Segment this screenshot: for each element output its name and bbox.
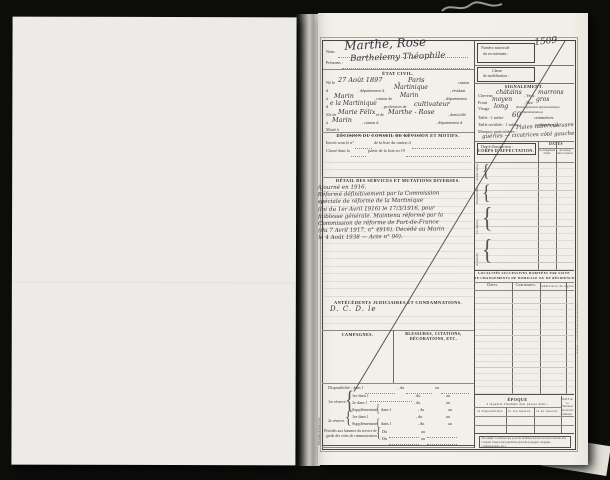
suppl-label: Supplémentaire bbox=[352, 408, 378, 412]
canton-label: canton bbox=[458, 81, 469, 85]
au-label: au bbox=[421, 430, 425, 434]
table-vline bbox=[506, 407, 507, 433]
scanned-register-photo: Nom : Marthe, Rose Prénoms : Barthelemy … bbox=[0, 0, 610, 480]
row-line bbox=[474, 65, 574, 66]
au-label: au bbox=[448, 422, 452, 426]
firstnames-label: Prénoms : bbox=[326, 61, 343, 65]
height-label: Taille : 1 mètre bbox=[478, 116, 503, 120]
du-label: , du bbox=[418, 422, 424, 426]
father-value: Marie Félix bbox=[338, 109, 375, 116]
au-label: au bbox=[435, 386, 439, 390]
table-bottom-line bbox=[474, 433, 574, 434]
profession-value: cultivateur bbox=[414, 101, 450, 108]
page-stack-edge bbox=[294, 14, 320, 466]
epoque-col-dispo: la disponibilité. bbox=[475, 410, 506, 413]
localites-title-1: LOCALITÉS SUCCESSIVES HABITÉES PAR SUITE bbox=[474, 272, 574, 275]
garde-label-2: garde des voies de communication. bbox=[326, 435, 378, 439]
localites-col-subdivision: Subdivision de région. bbox=[540, 285, 566, 288]
rule bbox=[389, 433, 419, 438]
localites-title-2: DE CHANGEMENTS DE DOMICILE OU DE RÉSIDEN… bbox=[474, 277, 574, 280]
epoque-col-r2: la 2e réserve. bbox=[534, 410, 561, 413]
du-label: , du bbox=[414, 401, 420, 405]
canton-d-label: , canton d. bbox=[362, 121, 379, 125]
epoque-col-r1: la 1re réserve. bbox=[506, 410, 534, 413]
hw-line: le 4 Août 1938 — Acte n° 90). bbox=[318, 233, 474, 242]
domiciled-label: , domicilié bbox=[448, 113, 466, 117]
canton-value: Marin bbox=[400, 93, 418, 99]
classe-label-1: Classe bbox=[492, 70, 502, 74]
ruled-lines bbox=[475, 291, 574, 394]
dates-subheader-1: du changement d'arme bbox=[539, 149, 556, 155]
top-page-sliver-mark bbox=[440, 1, 504, 14]
brace: { bbox=[376, 403, 380, 414]
bottom-double-line bbox=[322, 447, 474, 448]
brace: { bbox=[482, 236, 493, 265]
du-label: Du bbox=[382, 430, 387, 434]
epoque-subtitle: à laquelle l'homme doit passer dans : bbox=[474, 403, 561, 406]
group-1re-reserve: 1re réserve. bbox=[476, 208, 479, 234]
hair-label: Cheveux bbox=[478, 94, 493, 98]
birth-place-value: Paris bbox=[408, 77, 424, 84]
brace: { bbox=[376, 426, 381, 440]
row-line bbox=[474, 425, 574, 426]
residence-value: Marin bbox=[334, 93, 354, 100]
decision-title: DÉCISION DU CONSEIL DE RÉVISION ET MOTIF… bbox=[322, 134, 474, 138]
nose-value: gros bbox=[536, 97, 549, 103]
brace: { bbox=[345, 410, 352, 428]
reserve2-label: 2e réserve. bbox=[328, 419, 345, 423]
domicile-value: Marin bbox=[332, 117, 352, 124]
liberation-date-header: DATE de la libération du service militai… bbox=[562, 398, 574, 416]
name-label: Nom : bbox=[326, 50, 337, 54]
rule bbox=[427, 433, 457, 438]
au-label: au bbox=[446, 415, 450, 419]
corps-title: CORPS D'AFFECTATION. bbox=[474, 149, 538, 153]
du-label: , du bbox=[398, 386, 404, 390]
ruled-lines bbox=[324, 155, 472, 177]
section-line bbox=[323, 69, 474, 70]
matricule-label-1: Numéro matricule bbox=[481, 47, 509, 51]
rule bbox=[365, 389, 395, 394]
resident-label: , résidant bbox=[450, 89, 465, 93]
localites-col-dates: Dates. bbox=[474, 284, 512, 288]
left-blank-page bbox=[11, 17, 296, 466]
group-armee-active: Armée active. bbox=[476, 165, 479, 181]
printer-imprint: Imp. administrative. bbox=[576, 163, 579, 353]
page-crease bbox=[12, 282, 296, 283]
du-label: Du bbox=[382, 437, 387, 441]
suppl-label: Supplémentaire bbox=[352, 422, 378, 426]
blessures-title-2: DÉCORATIONS, ETC. bbox=[393, 337, 474, 341]
departement2-value: e la Martinique bbox=[330, 101, 377, 107]
departement-value: Martinique bbox=[394, 85, 428, 91]
au-label: au bbox=[446, 401, 450, 405]
record-sheet: Nom : Marthe, Rose Prénoms : Barthelemy … bbox=[318, 13, 588, 465]
row-line bbox=[474, 83, 574, 84]
reserve1-label: 1re réserve. bbox=[328, 400, 347, 404]
periode-row-label: 1re dans l bbox=[352, 394, 368, 398]
face-value: long bbox=[494, 103, 508, 110]
section-line bbox=[322, 383, 474, 384]
au-label: au bbox=[448, 408, 452, 412]
au-label: au bbox=[421, 437, 425, 441]
classe-label-2: de mobilisation : bbox=[483, 75, 509, 79]
field-label: d bbox=[326, 105, 328, 109]
field-label: à bbox=[326, 121, 328, 125]
classed-label: Classé dans la bbox=[326, 149, 350, 153]
periodes-margin-label: Périodes d'exercices bbox=[318, 387, 321, 445]
du-label: , du bbox=[414, 394, 420, 398]
born-label: Né le bbox=[326, 81, 335, 85]
list-canton-label: de la liste du canton d bbox=[374, 141, 411, 145]
periode-row-label: 2e dans l bbox=[352, 401, 367, 405]
list-part-label: partie de la liste en 19 bbox=[368, 149, 405, 153]
height-unit-label: centimètres. bbox=[534, 116, 554, 120]
forehead-label: Front bbox=[478, 101, 487, 105]
campagnes-title: CAMPAGNES. bbox=[322, 333, 393, 337]
dans-label: dans l bbox=[381, 408, 391, 412]
epoque-footnote: Ne remplir ce tableau que pour les homme… bbox=[479, 436, 571, 448]
dates-subheader-2: de passage dans la réserve bbox=[557, 149, 574, 155]
header-line bbox=[474, 407, 561, 408]
bottom-double-line bbox=[322, 445, 474, 446]
header-line bbox=[474, 282, 574, 283]
birth-date-value: 27 Août 1897 bbox=[338, 77, 382, 84]
brace: { bbox=[482, 204, 493, 233]
table-vline bbox=[534, 407, 535, 433]
table-bottom-line bbox=[474, 394, 574, 395]
au-label: au bbox=[446, 394, 450, 398]
blessures-title-1: BLESSURES, CITATIONS, bbox=[393, 332, 474, 336]
du-label: , du bbox=[418, 408, 424, 412]
dans-label: dans l bbox=[381, 422, 391, 426]
rule bbox=[412, 144, 470, 149]
field-label: à bbox=[326, 97, 328, 101]
face-label: Visage bbox=[478, 107, 489, 111]
departement-label: , département d. bbox=[358, 89, 385, 93]
inscribed-label: Inscrit sous le n° bbox=[326, 141, 354, 145]
brace: { bbox=[482, 181, 491, 203]
row-line bbox=[474, 416, 574, 417]
departement-d-label: , département d. bbox=[436, 121, 463, 125]
du-label: , du bbox=[416, 415, 422, 419]
services-handwriting: Ajourné en 1916. Réformé définitivement … bbox=[318, 182, 475, 242]
matricule-label-2: du recrutement : bbox=[483, 53, 509, 57]
field-label: d bbox=[326, 89, 328, 93]
and-of-label: et de bbox=[376, 113, 384, 117]
group-2e-reserve: 2e réserve. bbox=[476, 240, 479, 266]
localites-col-communes: Communes. bbox=[512, 284, 540, 288]
periode-row-label: 1re dans l bbox=[352, 415, 368, 419]
mother-value: Marthe - Rose bbox=[388, 109, 435, 116]
